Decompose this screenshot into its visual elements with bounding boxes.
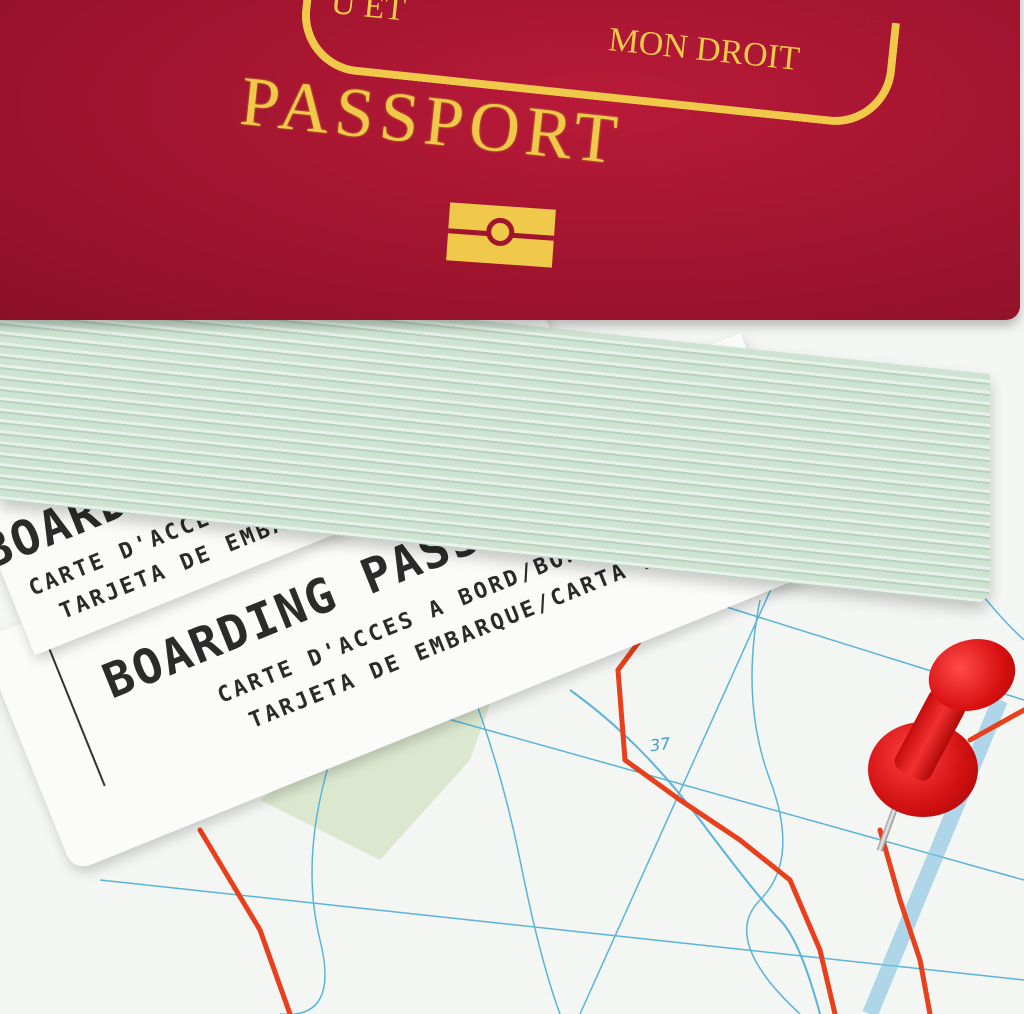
motto-right: MON DROIT <box>607 21 802 79</box>
motto-left: U ET <box>329 0 407 30</box>
photo-scene: 37 98 BOARDING PASS CARTE D'ACCES A BORD… <box>0 0 1024 1014</box>
map-route-number-label: 37 <box>649 734 672 756</box>
biometric-chip-icon <box>446 202 556 267</box>
